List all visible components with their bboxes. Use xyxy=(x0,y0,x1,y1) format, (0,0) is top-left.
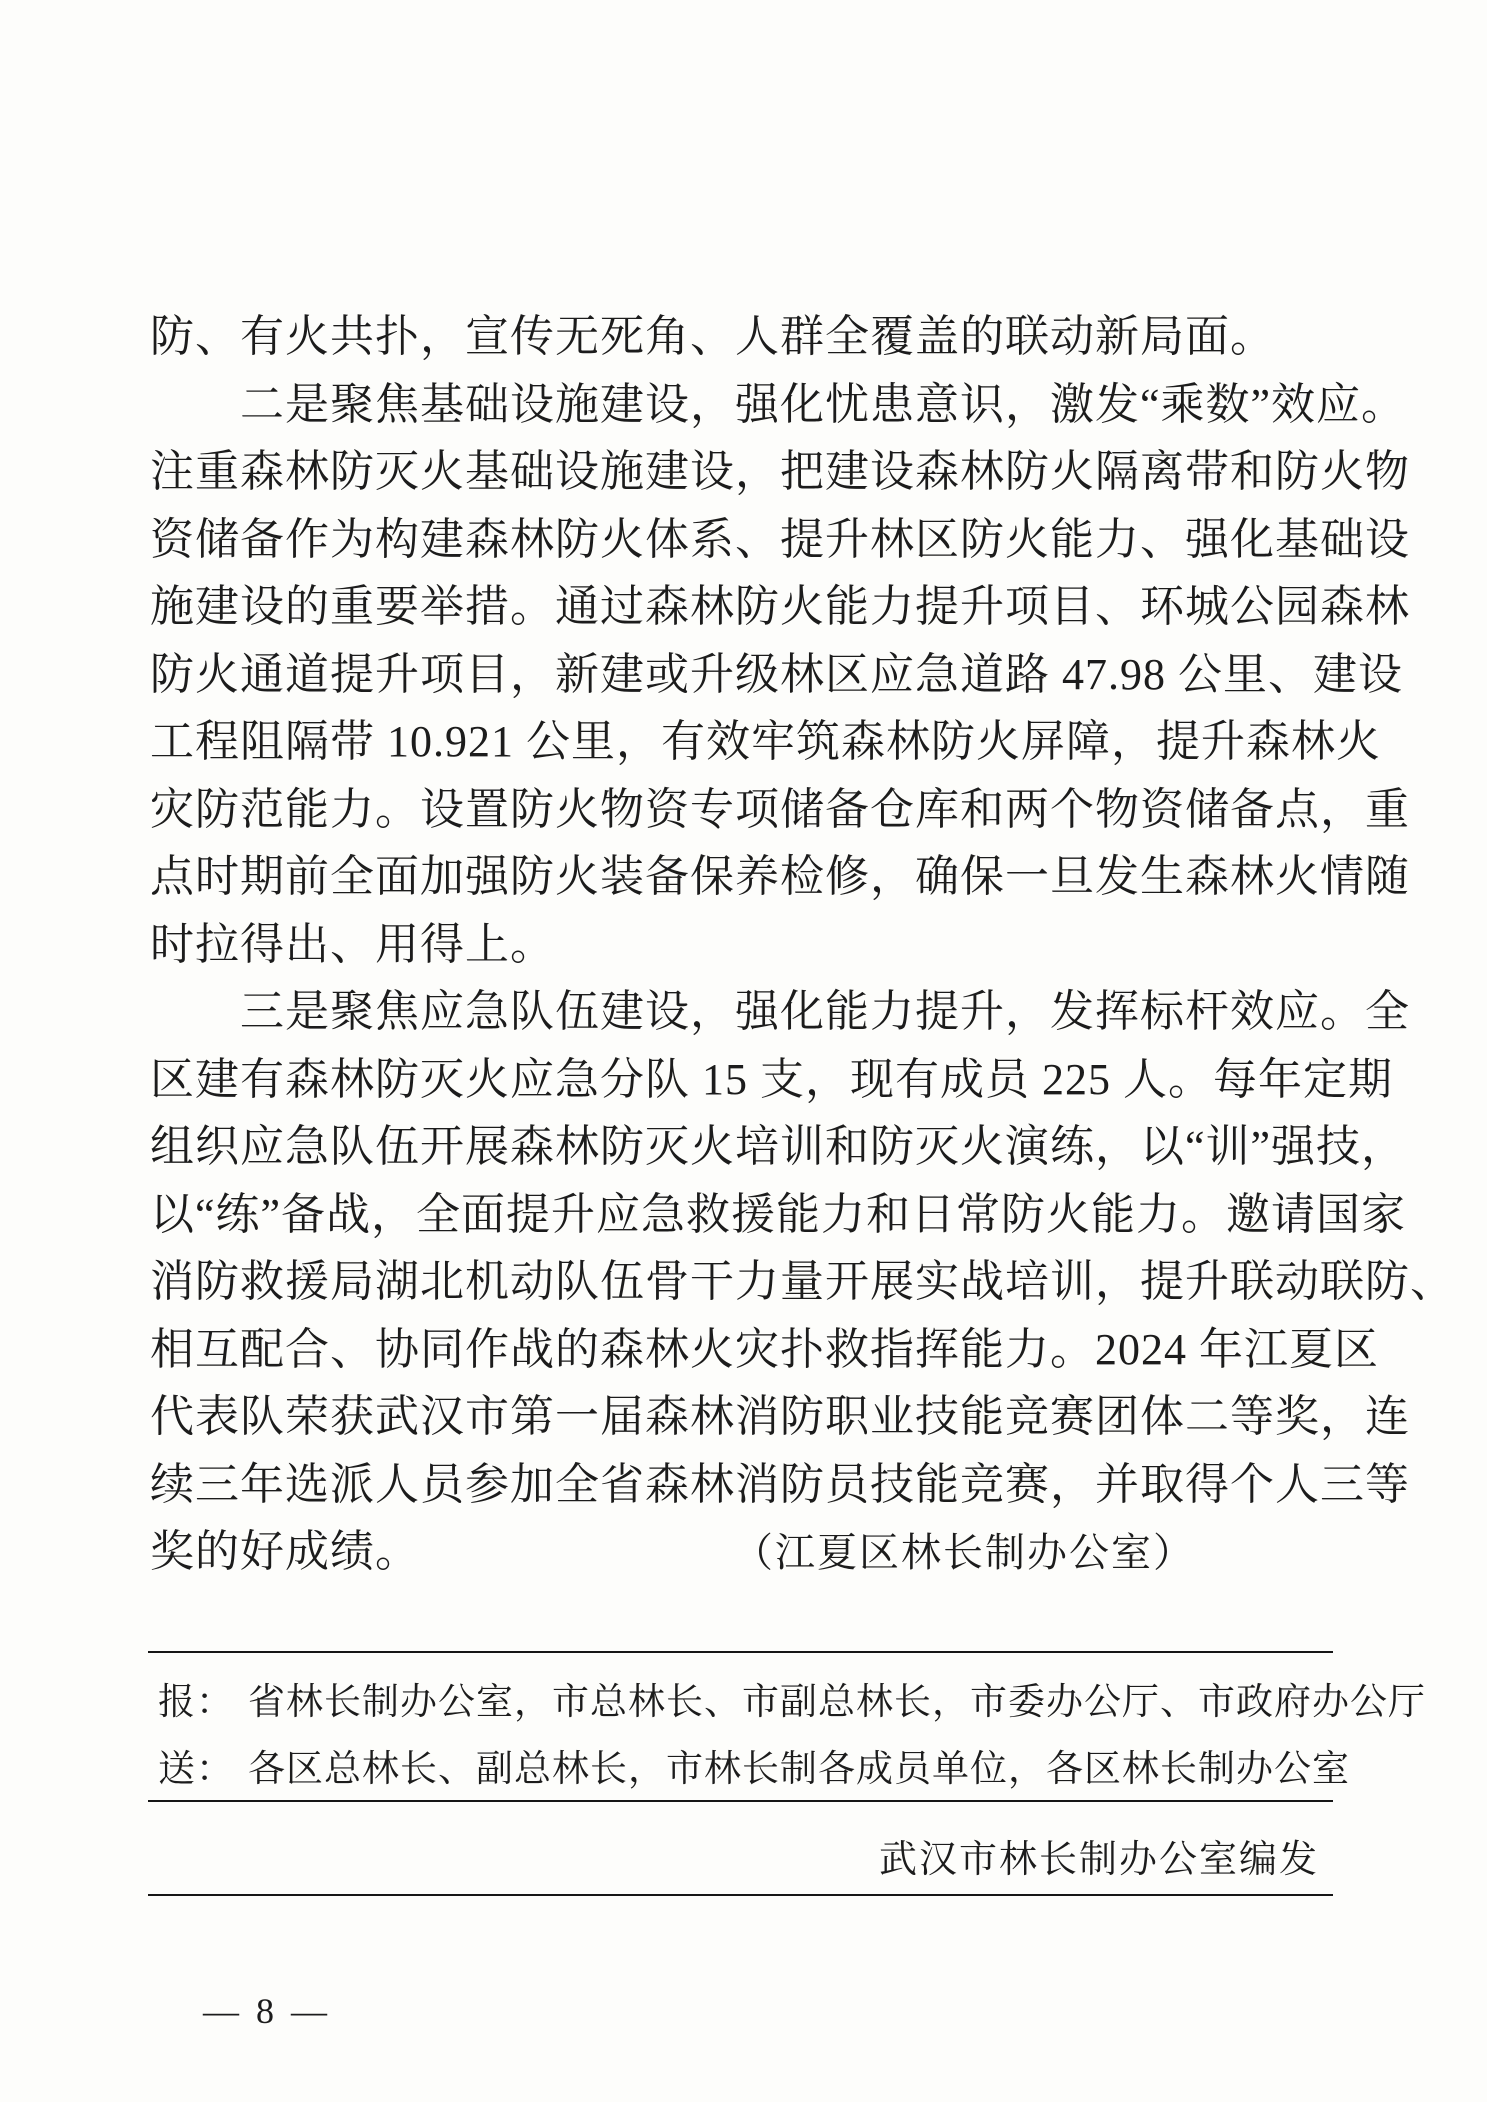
body-line: 灾防范能力。设置防火物资专项储备仓库和两个物资储备点，重 xyxy=(150,776,1345,844)
separator-line-middle xyxy=(148,1800,1333,1802)
body-line: 防火通道提升项目，新建或升级林区应急道路 47.98 公里、建设 xyxy=(150,641,1345,709)
body-line: 相互配合、协同作战的森林火灾扑救指挥能力。2024 年江夏区 xyxy=(150,1316,1345,1384)
body-line: 区建有森林防灭火应急分队 15 支，现有成员 225 人。每年定期 xyxy=(150,1046,1345,1114)
footer-report-label: 报： xyxy=(158,1671,234,1725)
attribution-signature: （江夏区林长制办公室） xyxy=(733,1519,1195,1587)
body-line: 防、有火共扑，宣传无死角、人群全覆盖的联动新局面。 xyxy=(150,303,1345,371)
body-line: 时拉得出、用得上。 xyxy=(150,911,1345,979)
body-line: 工程阻隔带 10.921 公里，有效牢筑森林防火屏障，提升森林火 xyxy=(150,708,1345,776)
body-line: 注重森林防灭火基础设施建设，把建设森林防火隔离带和防火物 xyxy=(150,438,1345,506)
separator-line-bottom xyxy=(148,1894,1333,1896)
footer-send-label: 送： xyxy=(158,1738,234,1792)
body-line: 以“练”备战，全面提升应急救援能力和日常防火能力。邀请国家 xyxy=(150,1181,1345,1249)
body-line: 资储备作为构建森林防火体系、提升林区防火能力、强化基础设 xyxy=(150,506,1345,574)
body-line-text: 奖的好成绩。 xyxy=(150,1518,420,1586)
document-page: 防、有火共扑，宣传无死角、人群全覆盖的联动新局面。 二是聚焦基础设施建设，强化忧… xyxy=(0,0,1487,2102)
footer-report-content: 省林长制办公室，市总林长、市副总林长，市委办公厅、市政府办公厅 xyxy=(248,1682,1426,1723)
footer-report-line: 报：省林长制办公室，市总林长、市副总林长，市委办公厅、市政府办公厅 xyxy=(158,1671,1426,1725)
body-line: 施建设的重要举措。通过森林防火能力提升项目、环城公园森林 xyxy=(150,573,1345,641)
footer-issuer: 武汉市林长制办公室编发 xyxy=(879,1828,1319,1883)
footer-send-line: 送：各区总林长、副总林长，市林长制各成员单位，各区林长制办公室 xyxy=(158,1738,1350,1792)
body-line: 点时期前全面加强防火装备保养检修，确保一旦发生森林火情随 xyxy=(150,843,1345,911)
body-line: 奖的好成绩。 （江夏区林长制办公室） xyxy=(150,1518,1345,1587)
body-line: 代表队荣获武汉市第一届森林消防职业技能竞赛团体二等奖，连 xyxy=(150,1383,1345,1451)
separator-line-top xyxy=(148,1651,1333,1653)
body-line: 续三年选派人员参加全省森林消防员技能竞赛，并取得个人三等 xyxy=(150,1451,1345,1519)
body-line: 组织应急队伍开展森林防灭火培训和防灭火演练，以“训”强技， xyxy=(150,1113,1345,1181)
body-line: 消防救援局湖北机动队伍骨干力量开展实战培训，提升联动联防、 xyxy=(150,1248,1345,1316)
body-line: 三是聚焦应急队伍建设，强化能力提升，发挥标杆效应。全 xyxy=(150,978,1345,1046)
page-number: — 8 — xyxy=(203,1990,331,2032)
footer-send-content: 各区总林长、副总林长，市林长制各成员单位，各区林长制办公室 xyxy=(248,1749,1350,1790)
body-line: 二是聚焦基础设施建设，强化忧患意识，激发“乘数”效应。 xyxy=(150,371,1345,439)
document-body: 防、有火共扑，宣传无死角、人群全覆盖的联动新局面。 二是聚焦基础设施建设，强化忧… xyxy=(150,303,1345,1587)
